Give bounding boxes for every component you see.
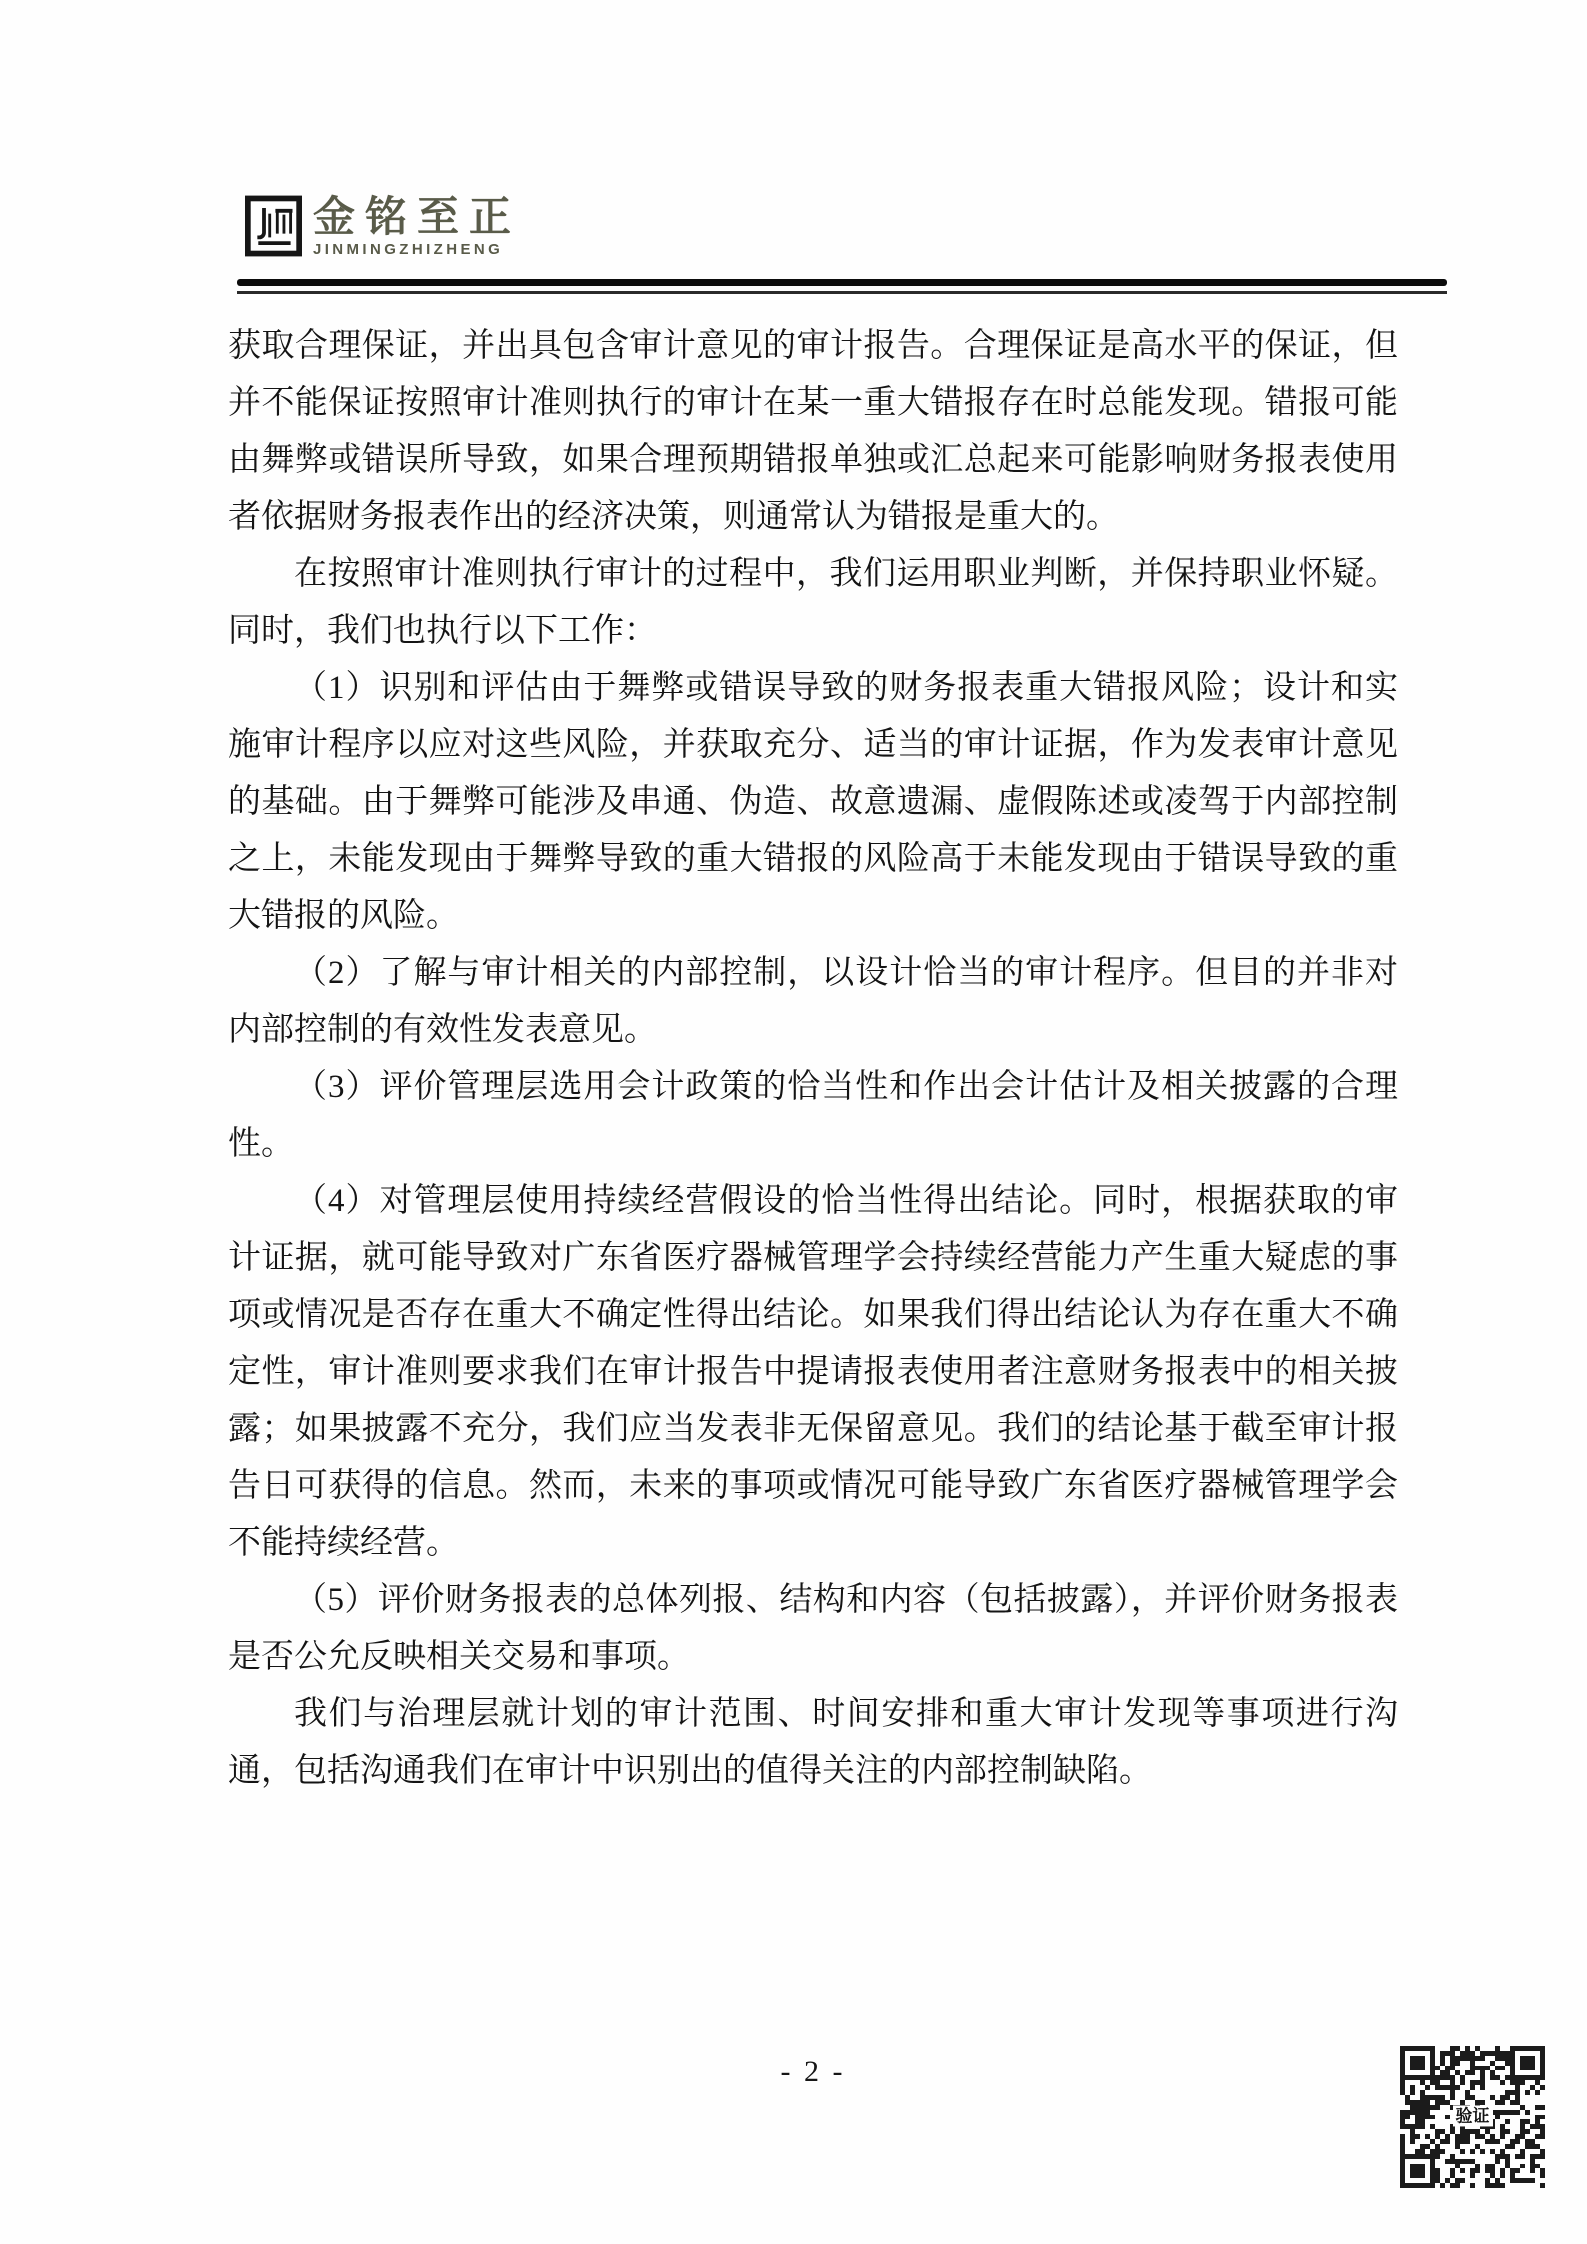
paragraph-professional-judgement: 在按照审计准则执行审计的过程中，我们运用职业判断，并保持职业怀疑。同时，我们也执… [228, 546, 1398, 660]
qr-center-label: 验证 [1453, 2105, 1493, 2126]
paragraph-item-2: （2）了解与审计相关的内部控制，以设计恰当的审计程序。但目的并非对内部控制的有效… [228, 945, 1398, 1059]
company-name-en: JINMINGZHIZHENG [313, 242, 521, 257]
company-seal-icon [245, 195, 302, 257]
paragraph-item-5: （5）评价财务报表的总体列报、结构和内容（包括披露），并评价财务报表是否公允反映… [228, 1572, 1398, 1686]
scanned-document-page: 金铭至正 JINMINGZHIZHENG 获取合理保证，并出具包含审计意见的审计… [0, 0, 1587, 2244]
header-divider-thin-line [237, 291, 1447, 294]
header-divider-thick-line [237, 279, 1447, 286]
header-divider [237, 279, 1447, 295]
paragraph-continuation: 获取合理保证，并出具包含审计意见的审计报告。合理保证是高水平的保证，但并不能保证… [228, 318, 1398, 546]
company-name-block: 金铭至正 JINMINGZHIZHENG [313, 195, 521, 257]
audit-report-body: 获取合理保证，并出具包含审计意见的审计报告。合理保证是高水平的保证，但并不能保证… [228, 318, 1398, 1800]
company-name-cn: 金铭至正 [313, 195, 521, 239]
verification-qr-code: 验证 [1400, 2046, 1545, 2188]
paragraph-item-4: （4）对管理层使用持续经营假设的恰当性得出结论。同时，根据获取的审计证据，就可能… [228, 1173, 1398, 1572]
paragraph-item-3: （3）评价管理层选用会计政策的恰当性和作出会计估计及相关披露的合理性。 [228, 1059, 1398, 1173]
paragraph-item-1: （1）识别和评估由于舞弊或错误导致的财务报表重大错报风险；设计和实施审计程序以应… [228, 660, 1398, 945]
company-logo: 金铭至正 JINMINGZHIZHENG [245, 195, 521, 257]
paragraph-governance-communication: 我们与治理层就计划的审计范围、时间安排和重大审计发现等事项进行沟通，包括沟通我们… [228, 1686, 1398, 1800]
page-number: - 2 - [228, 2055, 1398, 2089]
